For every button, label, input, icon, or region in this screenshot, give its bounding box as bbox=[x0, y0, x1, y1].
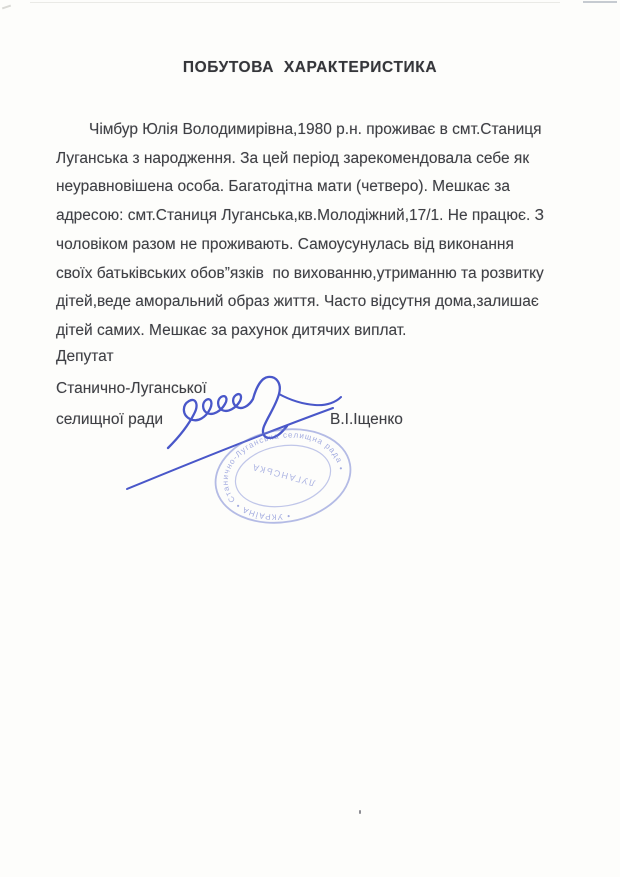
scan-edge-artifact bbox=[30, 2, 560, 3]
body-line: своїх батьківських обов”язків по вихован… bbox=[56, 260, 576, 289]
body-line: адресою: смт.Станиця Луганська,кв.Молоді… bbox=[56, 202, 576, 231]
scan-speck-artifact bbox=[359, 810, 361, 814]
signer-position-line: селищної ради bbox=[56, 411, 163, 429]
scan-corner-artifact bbox=[583, 1, 617, 3]
round-stamp: • УКРАЇНА • Станично-Луганська селищна р… bbox=[208, 419, 358, 533]
document-title: ПОБУТОВА ХАРАКТЕРИСТИКА bbox=[0, 59, 620, 77]
body-line: дітей самих. Мешкає за рахунок дитячих в… bbox=[56, 317, 576, 346]
body-line: чоловіком разом не проживають. Самоусуну… bbox=[56, 231, 576, 260]
body-line: Чімбур Юлія Володимирівна,1980 р.н. прож… bbox=[56, 116, 576, 145]
stamp-center-text: ЛУГАНСЬКА bbox=[250, 462, 316, 489]
body-line: неуравновішена особа. Багатодітна мати (… bbox=[56, 173, 576, 202]
scan-smudge-artifact bbox=[2, 5, 11, 10]
signer-name: В.І.Іщенко bbox=[330, 411, 403, 429]
svg-text:• УКРАЇНА • Станично-Луганськ: • УКРАЇНА • Станично-Луганська селищна р… bbox=[213, 421, 352, 531]
characteristic-paragraph: Чімбур Юлія Володимирівна,1980 р.н. прож… bbox=[56, 116, 576, 346]
body-line: Луганська з народження. За цей період за… bbox=[56, 145, 576, 174]
signer-position-line: Депутат bbox=[56, 348, 114, 366]
signer-position-line: Станично-Луганської bbox=[56, 380, 207, 398]
stamp-ring-text: • УКРАЇНА • Станично-Луганська селищна р… bbox=[213, 421, 352, 531]
body-line: дітей,веде аморальний образ життя. Часто… bbox=[56, 288, 576, 317]
scanned-document-page: ПОБУТОВА ХАРАКТЕРИСТИКА Чімбур Юлія Воло… bbox=[0, 0, 620, 877]
